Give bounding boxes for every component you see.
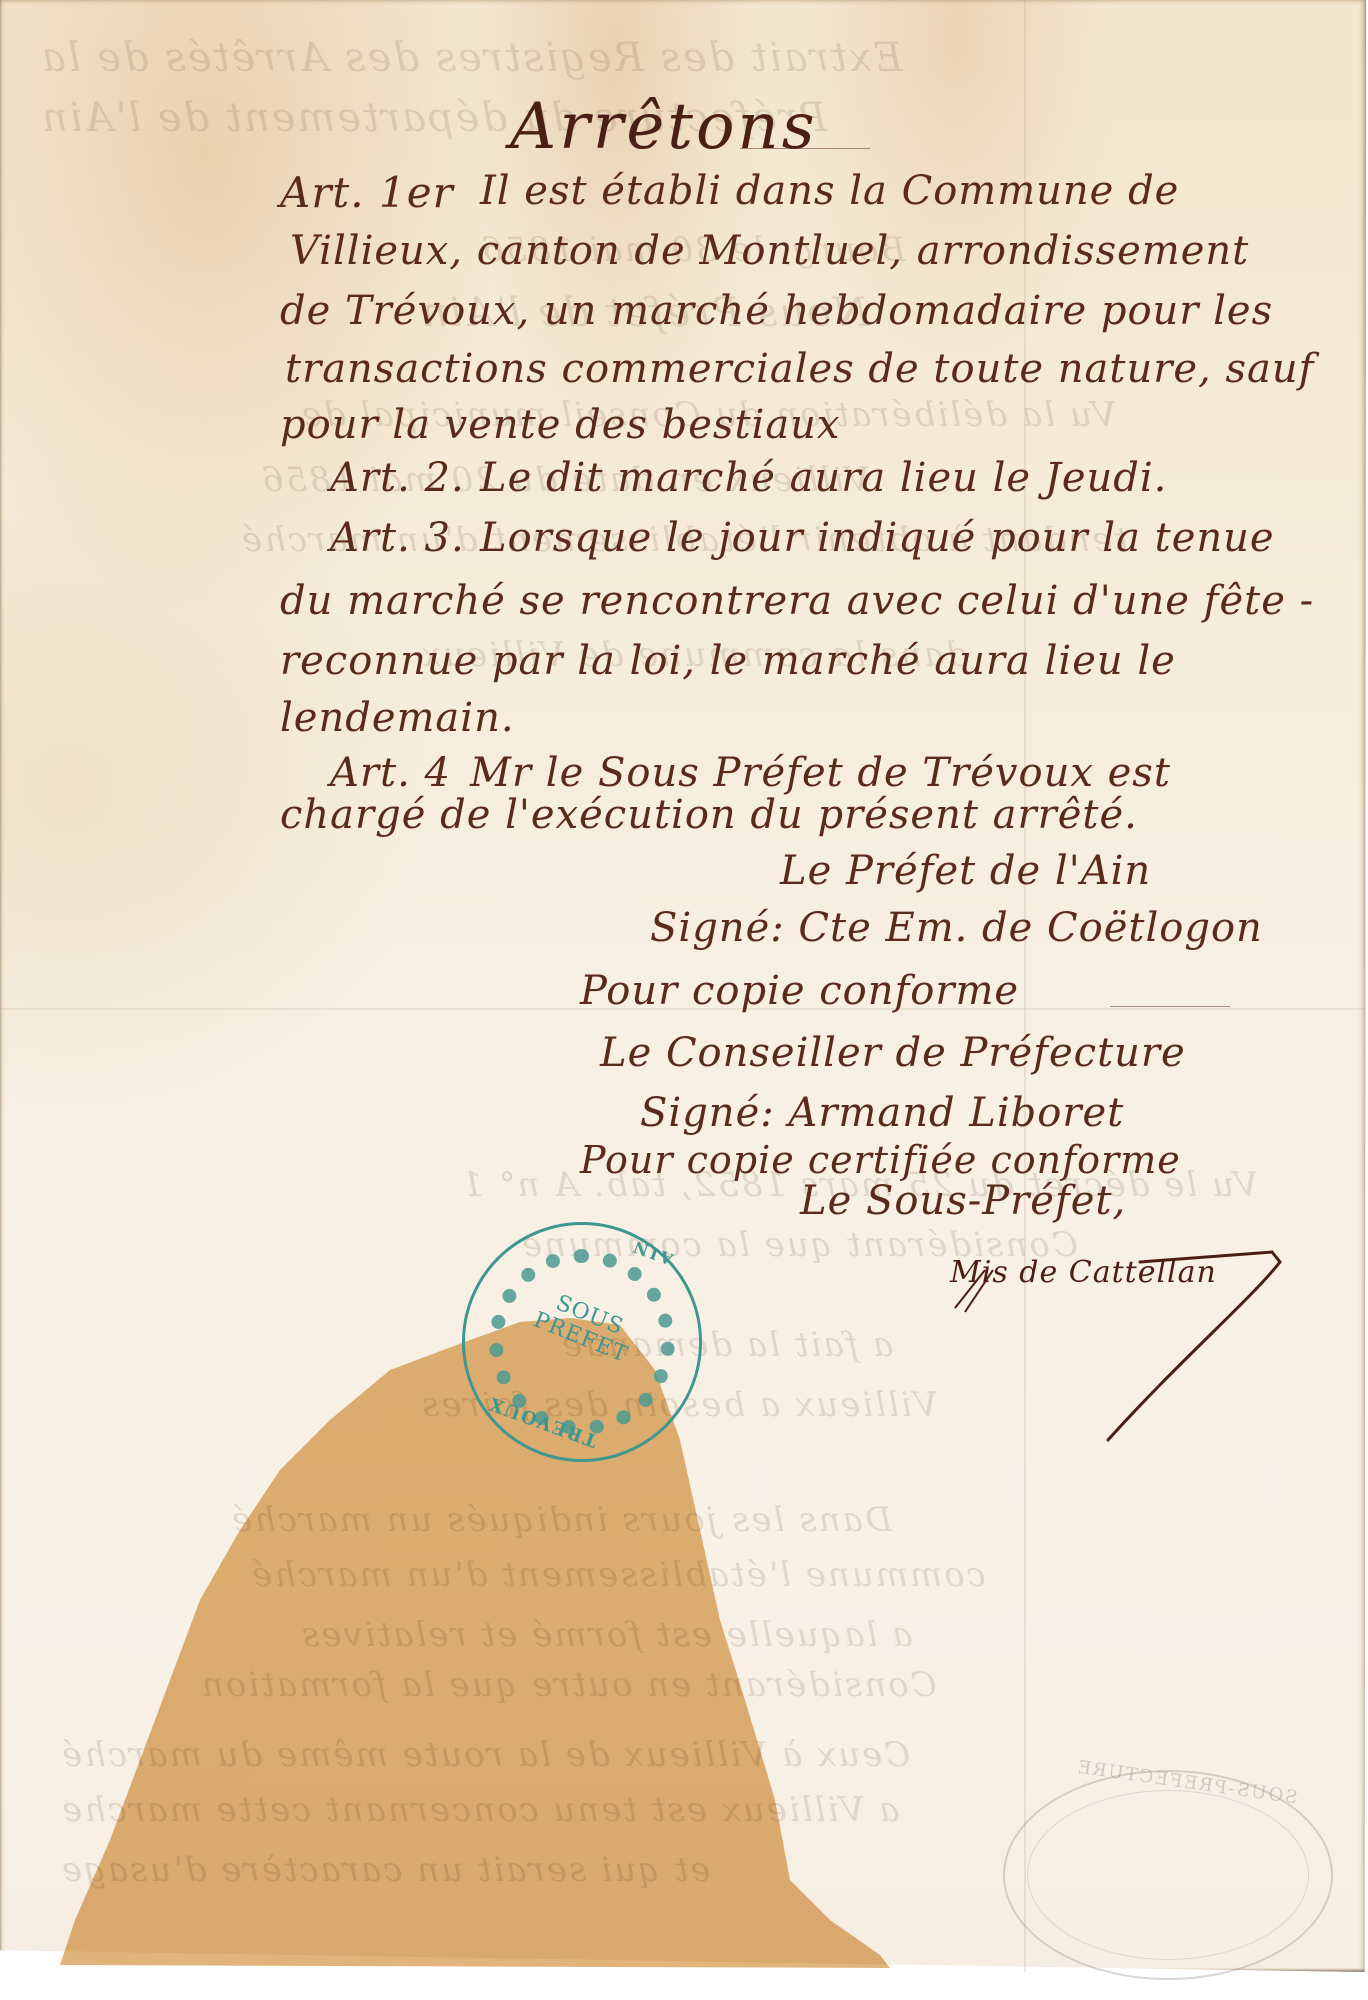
article-3-label: Art. 3.	[330, 515, 465, 561]
faint-oval-stamp-inner	[1027, 1790, 1309, 1960]
article-1-line: pour la vente des bestiaux	[280, 402, 841, 448]
prefect-title: Le Préfet de l'Ain	[780, 848, 1151, 894]
prefect-signed: Signé: Cte Em. de Coëtlogon	[650, 905, 1263, 951]
councillor-signed: Signé: Armand Liboret	[640, 1090, 1124, 1136]
article-3-line: reconnue par la loi, le marché aura lieu…	[280, 638, 1176, 684]
sous-prefet-stamp: AIN SOUS PREFET TREVOUX	[462, 1222, 702, 1462]
document-title: Arrêtons	[510, 90, 818, 164]
subprefect-signature: Mis de Cattellan	[950, 1255, 1217, 1290]
title-flourish	[740, 148, 870, 149]
councillor-title: Le Conseiller de Préfecture	[600, 1030, 1186, 1076]
article-4-line: Mr le Sous Préfet de Trévoux est	[470, 750, 1171, 796]
article-4-line: chargé de l'exécution du présent arrêté.	[280, 792, 1138, 838]
article-3-line: du marché se rencontrera avec celui d'un…	[280, 578, 1314, 624]
copy-conforme: Pour copie conforme	[580, 968, 1019, 1014]
article-1-label: Art. 1er	[280, 168, 454, 217]
article-1-line: Il est établi dans la Commune de	[480, 168, 1179, 214]
faint-oval-stamp: SOUS-PREFECTURE	[1003, 1770, 1333, 1980]
article-1-line: de Trévoux, un marché hebdomadaire pour …	[280, 288, 1273, 334]
article-1-line: transactions commerciales de toute natur…	[285, 346, 1314, 392]
article-2-label: Art. 2.	[330, 455, 465, 501]
article-2-line: Le dit marché aura lieu le Jeudi.	[480, 455, 1167, 501]
certified-copy: Pour copie certifiée conforme	[580, 1138, 1181, 1182]
copy-conforme-underline	[1110, 1006, 1230, 1007]
article-4-label: Art. 4	[330, 750, 451, 796]
article-1-line: Villieux, canton de Montluel, arrondisse…	[290, 228, 1249, 274]
article-3-line: Lorsque le jour indiqué pour la tenue	[480, 515, 1275, 561]
show-through-line: Extrait des Registres des Arrêtés de la	[40, 35, 903, 81]
article-3-line: lendemain.	[280, 695, 515, 741]
subprefect-title: Le Sous-Préfet,	[800, 1178, 1126, 1224]
